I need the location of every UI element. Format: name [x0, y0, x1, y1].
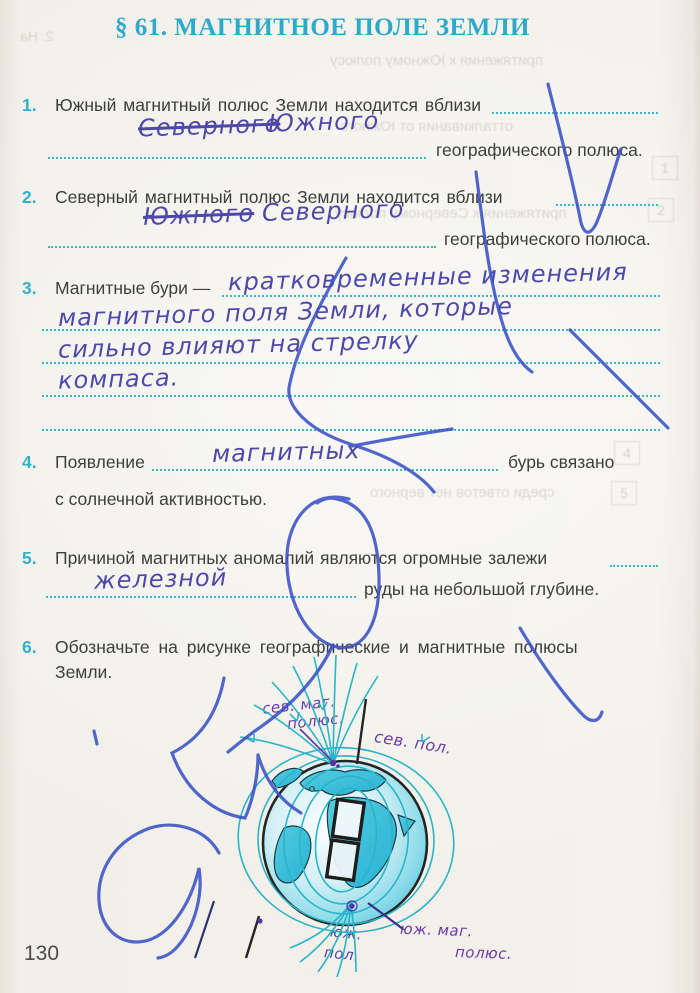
question-3-number: 3. — [22, 278, 37, 299]
label-south-geographic-pole: пол. — [323, 943, 360, 965]
answer-blank[interactable] — [556, 204, 658, 206]
question-4-number: 4. — [22, 452, 37, 473]
question-1-number: 1. — [22, 95, 37, 116]
ghost-box: 1 — [652, 156, 678, 180]
question-4-line2: с солнечной активностью. — [55, 489, 267, 510]
question-6-text: Обозначьте на рисунке географические и м… — [55, 637, 578, 658]
handwritten-answer: компаса. — [58, 363, 180, 394]
answer-blank[interactable] — [46, 596, 356, 598]
question-6-line2: Земли. — [55, 662, 112, 683]
handwritten-answer: железной — [94, 563, 228, 594]
earth-axis — [246, 699, 366, 958]
ghost-text: среди ответов нет верного — [370, 484, 555, 501]
ghost-box: 2 — [648, 198, 674, 222]
label-south-magnetic-pole: юж. маг. — [400, 920, 473, 941]
bar-magnet — [327, 799, 365, 880]
handwritten-answer: магнитных — [212, 436, 361, 468]
answer-blank[interactable] — [492, 112, 658, 114]
label-north-geographic-pole: сев. пол. — [373, 727, 453, 758]
page-number: 130 — [24, 942, 59, 966]
handwritten-answer: сильно влияют на стрелку — [58, 326, 419, 363]
answer-blank[interactable] — [48, 246, 436, 248]
question-4-tail: бурь связано — [508, 452, 614, 473]
answer-blank[interactable] — [48, 157, 426, 159]
answer-blank[interactable] — [610, 565, 658, 567]
label-south-geographic-pole: юж. — [329, 922, 363, 943]
workbook-page: притяжения к Южному полюсу отталкивания … — [0, 0, 700, 993]
question-6-number: 6. — [22, 637, 37, 658]
label-south-magnetic-pole: полюс. — [455, 943, 513, 963]
question-3-text: Магнитные бури — — [55, 278, 210, 299]
globe — [263, 761, 427, 925]
handwritten-answer-crossed: Южного — [143, 199, 255, 231]
question-5-number: 5. — [22, 548, 37, 569]
handwritten-answer: Южного — [268, 107, 380, 138]
page-title: § 61. МАГНИТНОЕ ПОЛЕ ЗЕМЛИ — [115, 14, 530, 42]
pole-markers — [195, 729, 403, 958]
handwritten-answer-crossed: Северного — [138, 110, 281, 143]
answer-blank[interactable] — [152, 469, 498, 471]
question-2-number: 2. — [22, 187, 37, 208]
answer-blank[interactable] — [42, 395, 660, 397]
handwritten-answer: Северного — [262, 195, 405, 227]
ghost-text: притяжения к Южному полюсу — [330, 52, 543, 69]
handwritten-answer: кратковременные изменения — [228, 258, 628, 296]
ghost-box: 5 — [611, 481, 637, 505]
question-2-tail: географического полюса. — [444, 229, 651, 250]
question-1-tail: географического полюса. — [436, 140, 643, 161]
question-5-tail: руды на небольшой глубине. — [364, 579, 599, 600]
answer-blank[interactable] — [42, 429, 660, 431]
question-4-text: Появление — [55, 452, 145, 473]
ghost-text: 2. На — [20, 28, 53, 44]
ghost-box: 4 — [614, 441, 640, 465]
